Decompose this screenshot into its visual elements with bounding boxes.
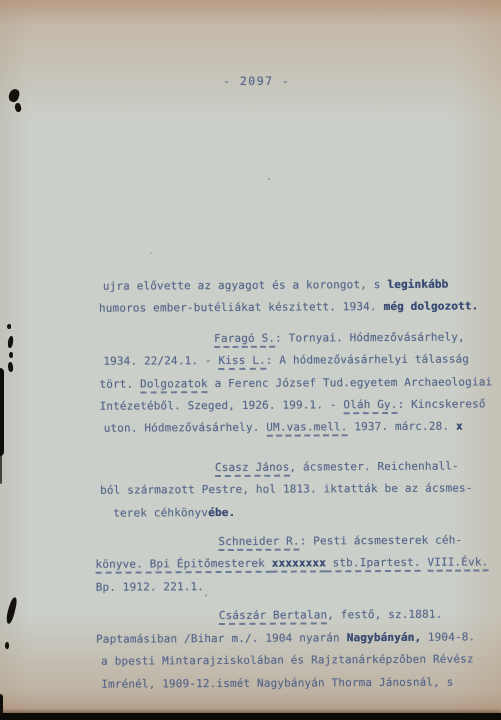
text-segment: könyve. Bpi Épitőmesterek <box>96 557 272 574</box>
torn-page-edge <box>0 368 4 456</box>
text-line: terek céhkönyvébe. <box>113 500 501 525</box>
text-line: Schneider R.: Pesti ácsmesterek céh- <box>218 529 501 553</box>
text-segment: Schneider R. <box>218 535 299 551</box>
paragraph: ujra elővette az agyagot és a korongot, … <box>0 273 500 321</box>
text-line: tört. Dolgozatok a Ferenc József Tud.egy… <box>99 371 500 396</box>
text-segment: Kiss L. <box>218 354 266 370</box>
text-segment: : Tornyai. Hódmezővásárhely, <box>275 330 465 344</box>
text-segment: Bp. 1912. 221.1. <box>96 580 204 594</box>
binding-mark <box>7 88 21 103</box>
text-segment: Császár Bertalan <box>219 609 327 626</box>
text-line: ujra elővette az agyagot és a korongot, … <box>103 273 500 298</box>
text-line: Csasz János, ácsmester. Reichenhall- <box>215 455 501 479</box>
text-line: ból származott Pestre, hol 1813. iktattá… <box>100 478 501 503</box>
text-segment: , ácsmester. Reichenhall- <box>289 459 458 473</box>
paper-speck <box>268 178 270 180</box>
text-segment: 1904-8. <box>421 630 475 643</box>
text-segment: ébe. <box>208 506 235 519</box>
paragraph: Schneider R.: Pesti ácsmesterek céh-köny… <box>0 529 501 599</box>
text-segment: Csasz János <box>215 460 290 476</box>
text-line: Császár Bertalan, festő, sz.1881. <box>219 604 501 628</box>
text-segment: humoros ember-butéliákat készitett. 1934… <box>99 300 384 315</box>
text-line: uton. Hódmezővásárhely. UM.vas.mell. 193… <box>104 416 501 441</box>
text-segment: terek céhkönyv <box>113 506 208 520</box>
text-segment: stb.Ipartest. <box>326 556 421 573</box>
text-line: Imrénél, 1909-12.ismét Nagybányán Thorma… <box>101 671 501 696</box>
text-line: könyve. Bpi Épitőmesterek xxxxxxxx stb.I… <box>95 552 501 577</box>
text-segment: xxxxxxxx <box>272 557 326 573</box>
page-number: - 2097 - <box>223 74 290 88</box>
paragraph: Faragó S.: Tornyai. Hódmezővásárhely,193… <box>0 326 501 441</box>
text-segment: Faragó S. <box>214 331 275 347</box>
text-line: 1934. 22/24.1. - Kiss L.: A hódmezővásár… <box>103 349 500 374</box>
text-segment: x <box>456 420 463 433</box>
text-segment: 1937. márc.28. <box>347 420 455 434</box>
text-segment: , festő, sz.1881. <box>327 608 442 622</box>
text-segment: : Kincskereső <box>398 397 486 411</box>
text-segment: leginkább <box>387 278 448 291</box>
text-segment: Intézetéből. Szeged, 1926. 199.1. - <box>100 398 344 412</box>
scan-bottom-edge <box>0 713 501 720</box>
text-line: Intézetéből. Szeged, 1926. 199.1. - Oláh… <box>100 393 501 418</box>
text-segment: ból származott Pestre, hol 1813. iktattá… <box>100 482 473 497</box>
text-segment: tört. <box>99 377 140 390</box>
text-line: Faragó S.: Tornyai. Hódmezővásárhely, <box>214 326 500 350</box>
text-segment: Dolgozatok <box>140 377 208 393</box>
text-segment: Nagybányán, <box>347 630 422 643</box>
paper-speck <box>205 594 207 597</box>
text-segment: UM.vas.mell. <box>266 421 347 437</box>
text-segment: VIII.Évk. <box>427 556 488 572</box>
binding-mark <box>14 103 21 113</box>
scanned-document-page: - 2097 - ujra elővette az agyagot és a k… <box>0 0 501 720</box>
binding-mark <box>5 642 9 649</box>
paper-speck <box>150 252 152 254</box>
paragraph: Csasz János, ácsmester. Reichenhall-ból … <box>0 455 501 525</box>
text-segment: : Pesti ácsmesterek céh- <box>300 534 463 548</box>
binding-mark <box>9 352 13 358</box>
text-segment: uton. Hódmezővásárhely. <box>104 421 267 435</box>
text-segment: Paptamásiban /Bihar m./. 1904 nyarán <box>96 631 347 646</box>
text-segment: 1934. 22/24.1. - <box>103 354 218 368</box>
paragraph: Császár Bertalan, festő, sz.1881.Paptamá… <box>1 604 501 697</box>
text-line: Paptamásiban /Bihar m./. 1904 nyarán Nag… <box>96 626 501 651</box>
text-segment: Oláh Gy. <box>343 398 397 414</box>
text-segment: ujra elővette az agyagot és a korongot, … <box>103 278 388 293</box>
text-segment: Imrénél, 1909-12.ismét Nagybányán Thorma… <box>101 675 453 690</box>
text-line: humoros ember-butéliákat készitett. 1934… <box>99 296 500 321</box>
text-segment: a Ferenc József Tud.egyetem Archaeologia… <box>208 375 493 390</box>
text-segment: a bpesti Mintarajziskolában és Rajztanár… <box>101 653 474 668</box>
text-segment: még dolgozott. <box>383 300 478 314</box>
binding-mark <box>7 324 11 329</box>
text-line: Bp. 1912. 221.1. <box>96 574 501 599</box>
text-segment: : A hódmezővásárhelyi tálasság <box>266 353 469 367</box>
torn-page-edge <box>0 452 2 484</box>
text-block: ujra elővette az agyagot és a korongot, … <box>0 273 501 696</box>
text-line: a bpesti Mintarajziskolában és Rajztanár… <box>101 648 501 673</box>
text-segment <box>421 556 428 569</box>
